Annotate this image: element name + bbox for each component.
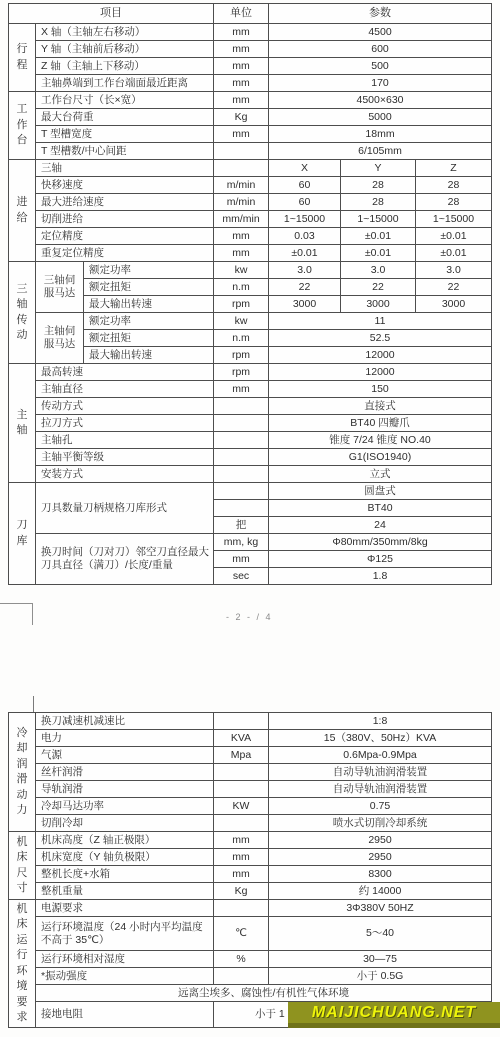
watermark-badge: MAIJICHUANG.NET: [288, 1002, 500, 1028]
spec-item-label: 电源要求: [36, 900, 214, 917]
spec-item-label: *振动强度: [36, 968, 214, 985]
unit-cell: n.m: [214, 330, 269, 347]
unit-cell: [214, 143, 269, 160]
spec-item-label: 重复定位精度: [36, 245, 214, 262]
unit-cell: [214, 781, 269, 798]
spec-item-label: 切削进给: [36, 211, 214, 228]
unit-cell: mm: [214, 849, 269, 866]
subgroup-label-axis-servo: 三轴伺服马达: [36, 262, 84, 313]
unit-cell: mm: [214, 245, 269, 262]
spec-item-label: 接地电阻: [36, 1002, 214, 1028]
value-cell: 3.0: [269, 262, 341, 279]
value-cell: 6/105mm: [269, 143, 492, 160]
unit-cell: mm, kg: [214, 534, 269, 551]
group-label-tool-magazine: 刀库: [9, 483, 36, 585]
value-cell: ±0.01: [341, 245, 416, 262]
value-cell: 1~15000: [269, 211, 341, 228]
value-cell: 170: [269, 75, 492, 92]
unit-cell: rpm: [214, 347, 269, 364]
value-cell: 24: [269, 517, 492, 534]
value-cell: 2950: [269, 849, 492, 866]
spec-item-label: 整机重量: [36, 883, 214, 900]
spec-item-label: 定位精度: [36, 228, 214, 245]
spec-item-label: 冷却马达功率: [36, 798, 214, 815]
spec-item-label: 气源: [36, 747, 214, 764]
spec-item-label: 主轴直径: [36, 381, 214, 398]
scan-artifact-line: [33, 696, 34, 712]
unit-cell: [214, 415, 269, 432]
unit-cell: kw: [214, 313, 269, 330]
spec-item-label: 换刀时间（刀对刀）邻空刀直径最大刀具直径（满刀）/长度/重量: [36, 534, 214, 585]
value-cell: 自动导轨油润滑装置: [269, 781, 492, 798]
spec-table-environment: 冷却润滑动力换刀减速机减速比1:8电力KVA15（380V、50Hz）KVA气源…: [8, 712, 492, 1028]
value-cell: 0.6Mpa-0.9Mpa: [269, 747, 492, 764]
value-cell: 1~15000: [341, 211, 416, 228]
value-cell: 0.75: [269, 798, 492, 815]
value-cell: 28: [416, 177, 492, 194]
unit-cell: [214, 449, 269, 466]
value-cell: 22: [341, 279, 416, 296]
value-cell: BT40 四瓣爪: [269, 415, 492, 432]
group-label-feed: 进给: [9, 160, 36, 262]
spec-item-label: T 型槽数/中心间距: [36, 143, 214, 160]
value-cell: 1.8: [269, 568, 492, 585]
unit-cell: n.m: [214, 279, 269, 296]
unit-cell: ℃: [214, 917, 269, 951]
spec-item-label: 刀具数量刀柄规格刀库形式: [36, 483, 214, 534]
unit-cell: %: [214, 951, 269, 968]
value-cell: ±0.01: [416, 228, 492, 245]
axis-header-y: Y: [341, 160, 416, 177]
spec-item-label: Y 轴（主轴前后移动）: [36, 41, 214, 58]
value-cell: 3000: [269, 296, 341, 313]
value-cell: 12000: [269, 347, 492, 364]
page-number: - 2 - / 4: [226, 612, 273, 622]
spec-item-label: 工作台尺寸（长×宽）: [36, 92, 214, 109]
axis-header-z: Z: [416, 160, 492, 177]
spec-item-label: 最大进给速度: [36, 194, 214, 211]
spec-item-label: 拉刀方式: [36, 415, 214, 432]
spec-item-label: 安装方式: [36, 466, 214, 483]
spec-item-label: 整机长度+水箱: [36, 866, 214, 883]
value-cell: 5000: [269, 109, 492, 126]
scan-artifact-corner: [0, 603, 33, 625]
value-cell: 3000: [416, 296, 492, 313]
unit-cell: KW: [214, 798, 269, 815]
spec-item-label: 机床高度（Z 轴正极限）: [36, 832, 214, 849]
unit-cell: rpm: [214, 296, 269, 313]
spec-item-label: 丝杆润滑: [36, 764, 214, 781]
spec-item-label: 额定功率: [84, 262, 214, 279]
column-header-item: 项目: [9, 4, 214, 24]
unit-cell: 把: [214, 517, 269, 534]
value-cell: 小于 0.5G: [269, 968, 492, 985]
spec-item-label: 换刀减速机减速比: [36, 713, 214, 730]
unit-cell: Kg: [214, 883, 269, 900]
value-cell: 直接式: [269, 398, 492, 415]
unit-cell: mm: [214, 41, 269, 58]
value-cell: Φ125: [269, 551, 492, 568]
unit-cell: [214, 160, 269, 177]
value-cell: 约 14000: [269, 883, 492, 900]
spec-item-label: 最大台荷重: [36, 109, 214, 126]
group-label-travel: 行程: [9, 24, 36, 92]
unit-cell: mm: [214, 832, 269, 849]
value-cell: 锥度 7/24 锥度 NO.40: [269, 432, 492, 449]
spec-item-label: 主轴孔: [36, 432, 214, 449]
value-cell: 30—75: [269, 951, 492, 968]
value-cell: 4500×630: [269, 92, 492, 109]
unit-cell: mm: [214, 92, 269, 109]
unit-cell: mm: [214, 126, 269, 143]
spec-item-label: 快移速度: [36, 177, 214, 194]
value-cell: 3.0: [416, 262, 492, 279]
spec-item-label: T 型槽宽度: [36, 126, 214, 143]
spec-item-label: 运行环境温度（24 小时内平均温度不高于 35℃）: [36, 917, 214, 951]
value-cell: 52.5: [269, 330, 492, 347]
value-cell: 1~15000: [416, 211, 492, 228]
group-label-operating-environment: 机床运行环境要求: [9, 900, 36, 1028]
value-cell: 12000: [269, 364, 492, 381]
value-cell: 4500: [269, 24, 492, 41]
value-cell: 11: [269, 313, 492, 330]
spec-table-environment-body: 冷却润滑动力换刀减速机减速比1:8电力KVA15（380V、50Hz）KVA气源…: [9, 713, 492, 1028]
value-cell: 圆盘式: [269, 483, 492, 500]
unit-cell: mm: [214, 58, 269, 75]
value-cell: 5～40: [269, 917, 492, 951]
unit-cell: [214, 500, 269, 517]
unit-cell: [214, 764, 269, 781]
value-cell: 3.0: [341, 262, 416, 279]
group-label-cooling-lubrication-power: 冷却润滑动力: [9, 713, 36, 832]
group-label-machine-dimensions: 机床尺寸: [9, 832, 36, 900]
value-cell: 3000: [341, 296, 416, 313]
unit-cell: [214, 900, 269, 917]
value-cell: 立式: [269, 466, 492, 483]
unit-cell: KVA: [214, 730, 269, 747]
unit-cell: mm: [214, 228, 269, 245]
unit-cell: [214, 466, 269, 483]
spec-item-label: 导轨润滑: [36, 781, 214, 798]
value-cell: 28: [341, 194, 416, 211]
value-cell: 自动导轨油润滑装置: [269, 764, 492, 781]
value-cell: 22: [269, 279, 341, 296]
spec-item-label: X 轴（主轴左右移动）: [36, 24, 214, 41]
value-cell: 150: [269, 381, 492, 398]
value-cell: 18mm: [269, 126, 492, 143]
unit-cell: [214, 483, 269, 500]
unit-cell: m/min: [214, 194, 269, 211]
value-cell: BT40: [269, 500, 492, 517]
unit-cell: rpm: [214, 364, 269, 381]
value-cell: 22: [416, 279, 492, 296]
unit-cell: mm: [214, 24, 269, 41]
value-cell: 2950: [269, 832, 492, 849]
spec-item-label: 主轴平衡等级: [36, 449, 214, 466]
spec-table-machine: 项目单位参数行程X 轴（主轴左右移动）mm4500Y 轴（主轴前后移动）mm60…: [8, 3, 492, 585]
value-cell: 500: [269, 58, 492, 75]
value-cell: ±0.01: [416, 245, 492, 262]
group-label-three-axis-drive: 三轴传动: [9, 262, 36, 364]
spec-item-label: 运行环境相对湿度: [36, 951, 214, 968]
unit-cell: [214, 398, 269, 415]
value-cell: 60: [269, 194, 341, 211]
value-cell: G1(ISO1940): [269, 449, 492, 466]
unit-cell: [214, 713, 269, 730]
unit-cell: Mpa: [214, 747, 269, 764]
environment-note: 远离尘埃多、腐蚀性/有机性气体环境: [36, 985, 492, 1002]
value-cell: Φ80mm/350mm/8kg: [269, 534, 492, 551]
unit-cell: mm: [214, 551, 269, 568]
unit-cell: mm/min: [214, 211, 269, 228]
value-cell: 15（380V、50Hz）KVA: [269, 730, 492, 747]
spec-item-label: 最高转速: [36, 364, 214, 381]
spec-item-label: 切削冷却: [36, 815, 214, 832]
group-label-spindle: 主轴: [9, 364, 36, 483]
spec-item-label: 额定扭矩: [84, 330, 214, 347]
unit-cell: mm: [214, 75, 269, 92]
unit-cell: [214, 815, 269, 832]
unit-cell: [214, 432, 269, 449]
unit-cell: kw: [214, 262, 269, 279]
value-cell: 1:8: [269, 713, 492, 730]
spec-item-label: 额定扭矩: [84, 279, 214, 296]
group-label-worktable: 工作台: [9, 92, 36, 160]
unit-cell: [214, 968, 269, 985]
value-cell: 8300: [269, 866, 492, 883]
spec-item-label: 机床宽度（Y 轴负极限）: [36, 849, 214, 866]
unit-cell: Kg: [214, 109, 269, 126]
value-cell: ±0.01: [341, 228, 416, 245]
column-header-parameter: 参数: [269, 4, 492, 24]
spec-item-label: 最大输出转速: [84, 296, 214, 313]
spec-item-label: Z 轴（主轴上下移动）: [36, 58, 214, 75]
spec-item-label: 电力: [36, 730, 214, 747]
unit-cell: mm: [214, 866, 269, 883]
axis-header-x: X: [269, 160, 341, 177]
value-cell: ±0.01: [269, 245, 341, 262]
spec-item-label: 最大输出转速: [84, 347, 214, 364]
spec-table-machine-body: 项目单位参数行程X 轴（主轴左右移动）mm4500Y 轴（主轴前后移动）mm60…: [9, 4, 492, 585]
spec-item-label: 三轴: [36, 160, 214, 177]
spec-item-label: 额定功率: [84, 313, 214, 330]
value-cell: 喷水式切削冷却系统: [269, 815, 492, 832]
value-cell: 28: [341, 177, 416, 194]
unit-cell: sec: [214, 568, 269, 585]
subgroup-label-spindle-servo: 主轴伺服马达: [36, 313, 84, 364]
value-cell: 3Φ380V 50HZ: [269, 900, 492, 917]
value-cell: 600: [269, 41, 492, 58]
spec-item-label: 主轴鼻端到工作台端面最近距离: [36, 75, 214, 92]
spec-item-label: 传动方式: [36, 398, 214, 415]
column-header-unit: 单位: [214, 4, 269, 24]
value-cell: 28: [416, 194, 492, 211]
value-cell: 0.03: [269, 228, 341, 245]
unit-cell: mm: [214, 381, 269, 398]
unit-cell: m/min: [214, 177, 269, 194]
value-cell: 60: [269, 177, 341, 194]
